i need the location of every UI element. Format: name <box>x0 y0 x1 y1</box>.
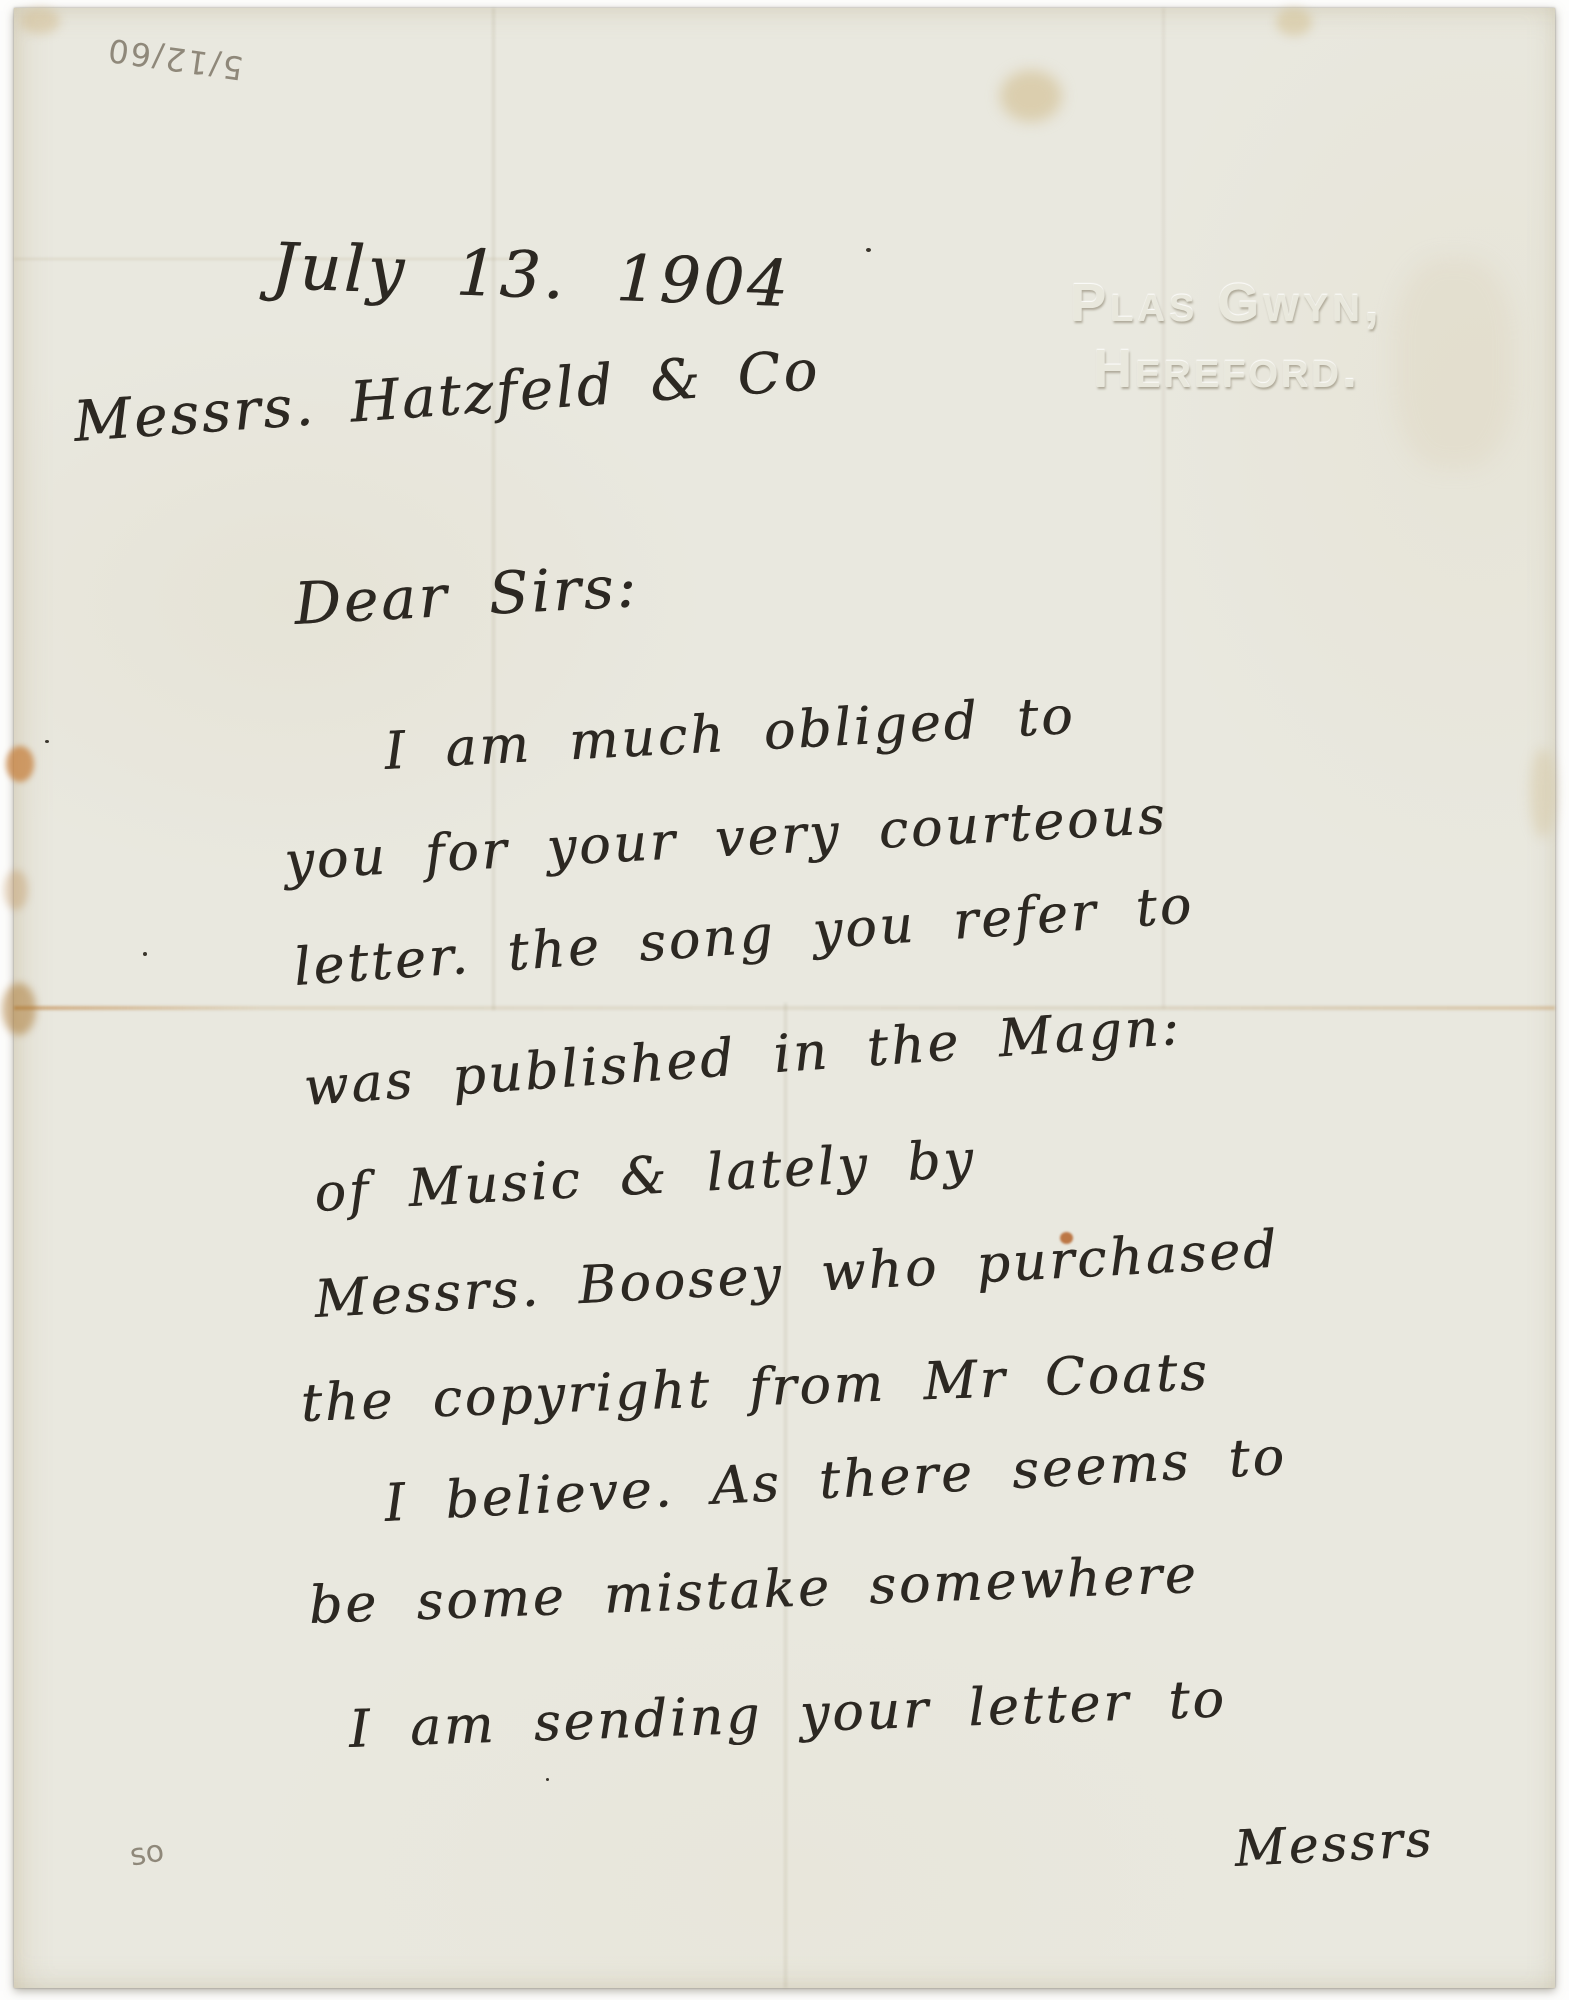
fold-crease-vertical <box>1162 8 1165 1008</box>
foxing-stain <box>1276 8 1312 36</box>
edge-stain <box>4 870 28 910</box>
body-line-3: letter. the song you refer to <box>292 875 1196 998</box>
body-line-4: was published in the Magn: <box>302 997 1184 1118</box>
pencil-number-annotation: so <box>127 1833 167 1873</box>
foxing-stain <box>20 8 60 34</box>
body-line-9: be some mistake somewhere <box>308 1545 1200 1636</box>
foxing-stain <box>1000 70 1062 122</box>
photo-background: Plas Gwyn, Hereford. 5/12/60 July 13. 19… <box>0 0 1569 2000</box>
body-line-10: I am sending your letter to <box>348 1669 1228 1760</box>
edge-stain <box>2 983 36 1035</box>
salutation-line: Dear Sirs: <box>292 552 640 638</box>
pencil-date-annotation: 5/12/60 <box>104 31 245 88</box>
signature-catchword: Messrs <box>1233 1810 1435 1878</box>
edge-stain <box>1530 748 1556 838</box>
embossed-letterhead: Plas Gwyn, Hereford. <box>1029 270 1424 402</box>
ink-speck <box>546 1778 549 1781</box>
ink-speck <box>143 952 147 956</box>
letterhead-city: Hereford. <box>1029 336 1424 402</box>
body-line-2: you for your very courteous <box>283 786 1169 892</box>
fold-crease-horizontal <box>14 1006 1555 1010</box>
ink-speck <box>45 740 49 743</box>
letter-paper: Plas Gwyn, Hereford. 5/12/60 July 13. 19… <box>14 8 1555 1988</box>
body-line-8: I believe. As there seems to <box>383 1427 1288 1534</box>
body-line-6: Messrs. Boosey who purchased <box>313 1220 1281 1330</box>
edge-stain <box>6 746 34 782</box>
date-line: July 13. 1904 <box>270 230 792 322</box>
recipient-line: Messrs. Hatzfeld & Co <box>71 338 822 455</box>
body-line-5: of Music & lately by <box>313 1129 977 1224</box>
body-line-7: the copyright from Mr Coats <box>300 1342 1211 1434</box>
ink-speck <box>866 248 871 252</box>
body-line-1: I am much obliged to <box>383 686 1077 782</box>
letterhead-place: Plas Gwyn, <box>1029 270 1424 336</box>
